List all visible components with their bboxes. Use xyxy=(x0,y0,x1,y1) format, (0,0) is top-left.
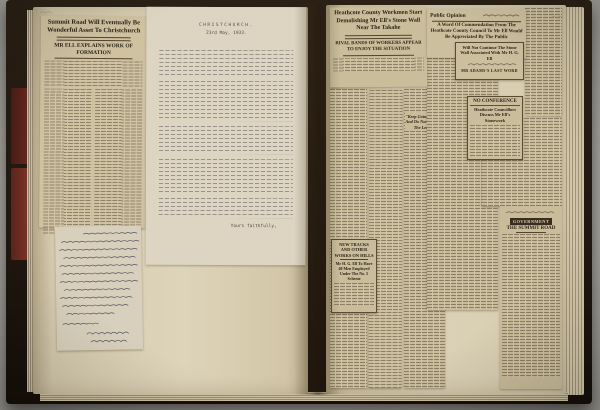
newsprint-body xyxy=(334,283,374,305)
handwriting-lines xyxy=(55,225,143,350)
divider xyxy=(55,58,133,60)
typed-paragraph xyxy=(159,198,293,218)
subhead: Heathcote Councillors Discuss Mr Ell's S… xyxy=(470,107,520,123)
letter-closing: Yours faithfully, xyxy=(231,224,293,229)
letter-place: CHRISTCHURCH. xyxy=(159,23,293,28)
headline: Will Not Continue The Stone Wall Associa… xyxy=(458,45,521,61)
handwritten-date-annotation xyxy=(481,11,523,20)
divider xyxy=(57,37,131,42)
subhead: MR ADAMS'S LAST WORD xyxy=(458,68,521,73)
government-box-header: GOVERNMENT xyxy=(510,218,552,225)
handwritten-annotation xyxy=(502,208,558,217)
clipping-summit-road-article: GOVERNMENT THE SUMMIT ROAD xyxy=(500,206,562,389)
scrapbook-photo: Summit Road Will Eventually Be Wonderful… xyxy=(0,0,600,410)
clipping-adams-last-word: Will Not Continue The Stone Wall Associa… xyxy=(455,42,524,80)
column-header-row: Public Opinion xyxy=(430,11,523,20)
typed-paragraph xyxy=(159,50,293,76)
typed-paragraph xyxy=(159,159,293,193)
clipping-new-tracks: NEW TRACKS AND OTHER WORKS ON HILLS Mr H… xyxy=(331,239,377,313)
headline: A Word Of Commendation From The Heathcot… xyxy=(430,23,523,41)
headline: NO CONFERENCE xyxy=(470,99,520,106)
newsprint-body xyxy=(502,234,560,378)
newsprint-intro xyxy=(44,61,142,88)
headline: Heathcote County Workmen Start Demolishi… xyxy=(333,10,424,33)
divider xyxy=(340,259,368,260)
typed-letter: CHRISTCHURCH. 23rd May, 1933. Yours fait… xyxy=(146,7,307,266)
clipping-no-conference: NO CONFERENCE Heathcote Councillors Disc… xyxy=(467,96,523,160)
clipping-summit-road: Summit Road Will Eventually Be Wonderful… xyxy=(39,16,147,229)
newsprint-column xyxy=(43,89,92,235)
subhead: RIVAL BANDS OF WORKERS APPEAR TO ENJOY T… xyxy=(333,40,424,53)
page-stack-edge-right xyxy=(564,7,584,395)
headline: THE SUMMIT ROAD xyxy=(502,226,560,231)
newsprint-intro xyxy=(333,57,424,71)
headline: NEW TRACKS AND OTHER WORKS ON HILLS xyxy=(334,242,374,258)
subhead: Mr H. G. Ell To Have 40 Men Employed Und… xyxy=(334,261,374,281)
pencil-mark-left-corner xyxy=(38,8,54,18)
typed-paragraph xyxy=(159,81,293,121)
column-header: Public Opinion xyxy=(430,12,466,18)
newsprint-strip xyxy=(525,8,562,116)
headline: Summit Road Will Eventually Be Wonderful… xyxy=(45,19,143,36)
clipping-demolition: Heathcote County Workmen Start Demolishi… xyxy=(330,7,428,88)
divider xyxy=(343,54,414,55)
typed-paragraph xyxy=(159,126,293,154)
handwritten-letter xyxy=(55,225,143,350)
newsprint-columns xyxy=(43,89,142,236)
divider xyxy=(516,232,546,233)
newsprint-column xyxy=(94,89,143,235)
pencil-mark-right-corner xyxy=(548,12,566,24)
handwritten-annotation xyxy=(460,61,520,68)
subhead: MR ELL EXPLAINS WORK OF FORMATION xyxy=(45,43,143,57)
divider xyxy=(345,34,412,38)
newsprint-body xyxy=(470,125,520,157)
